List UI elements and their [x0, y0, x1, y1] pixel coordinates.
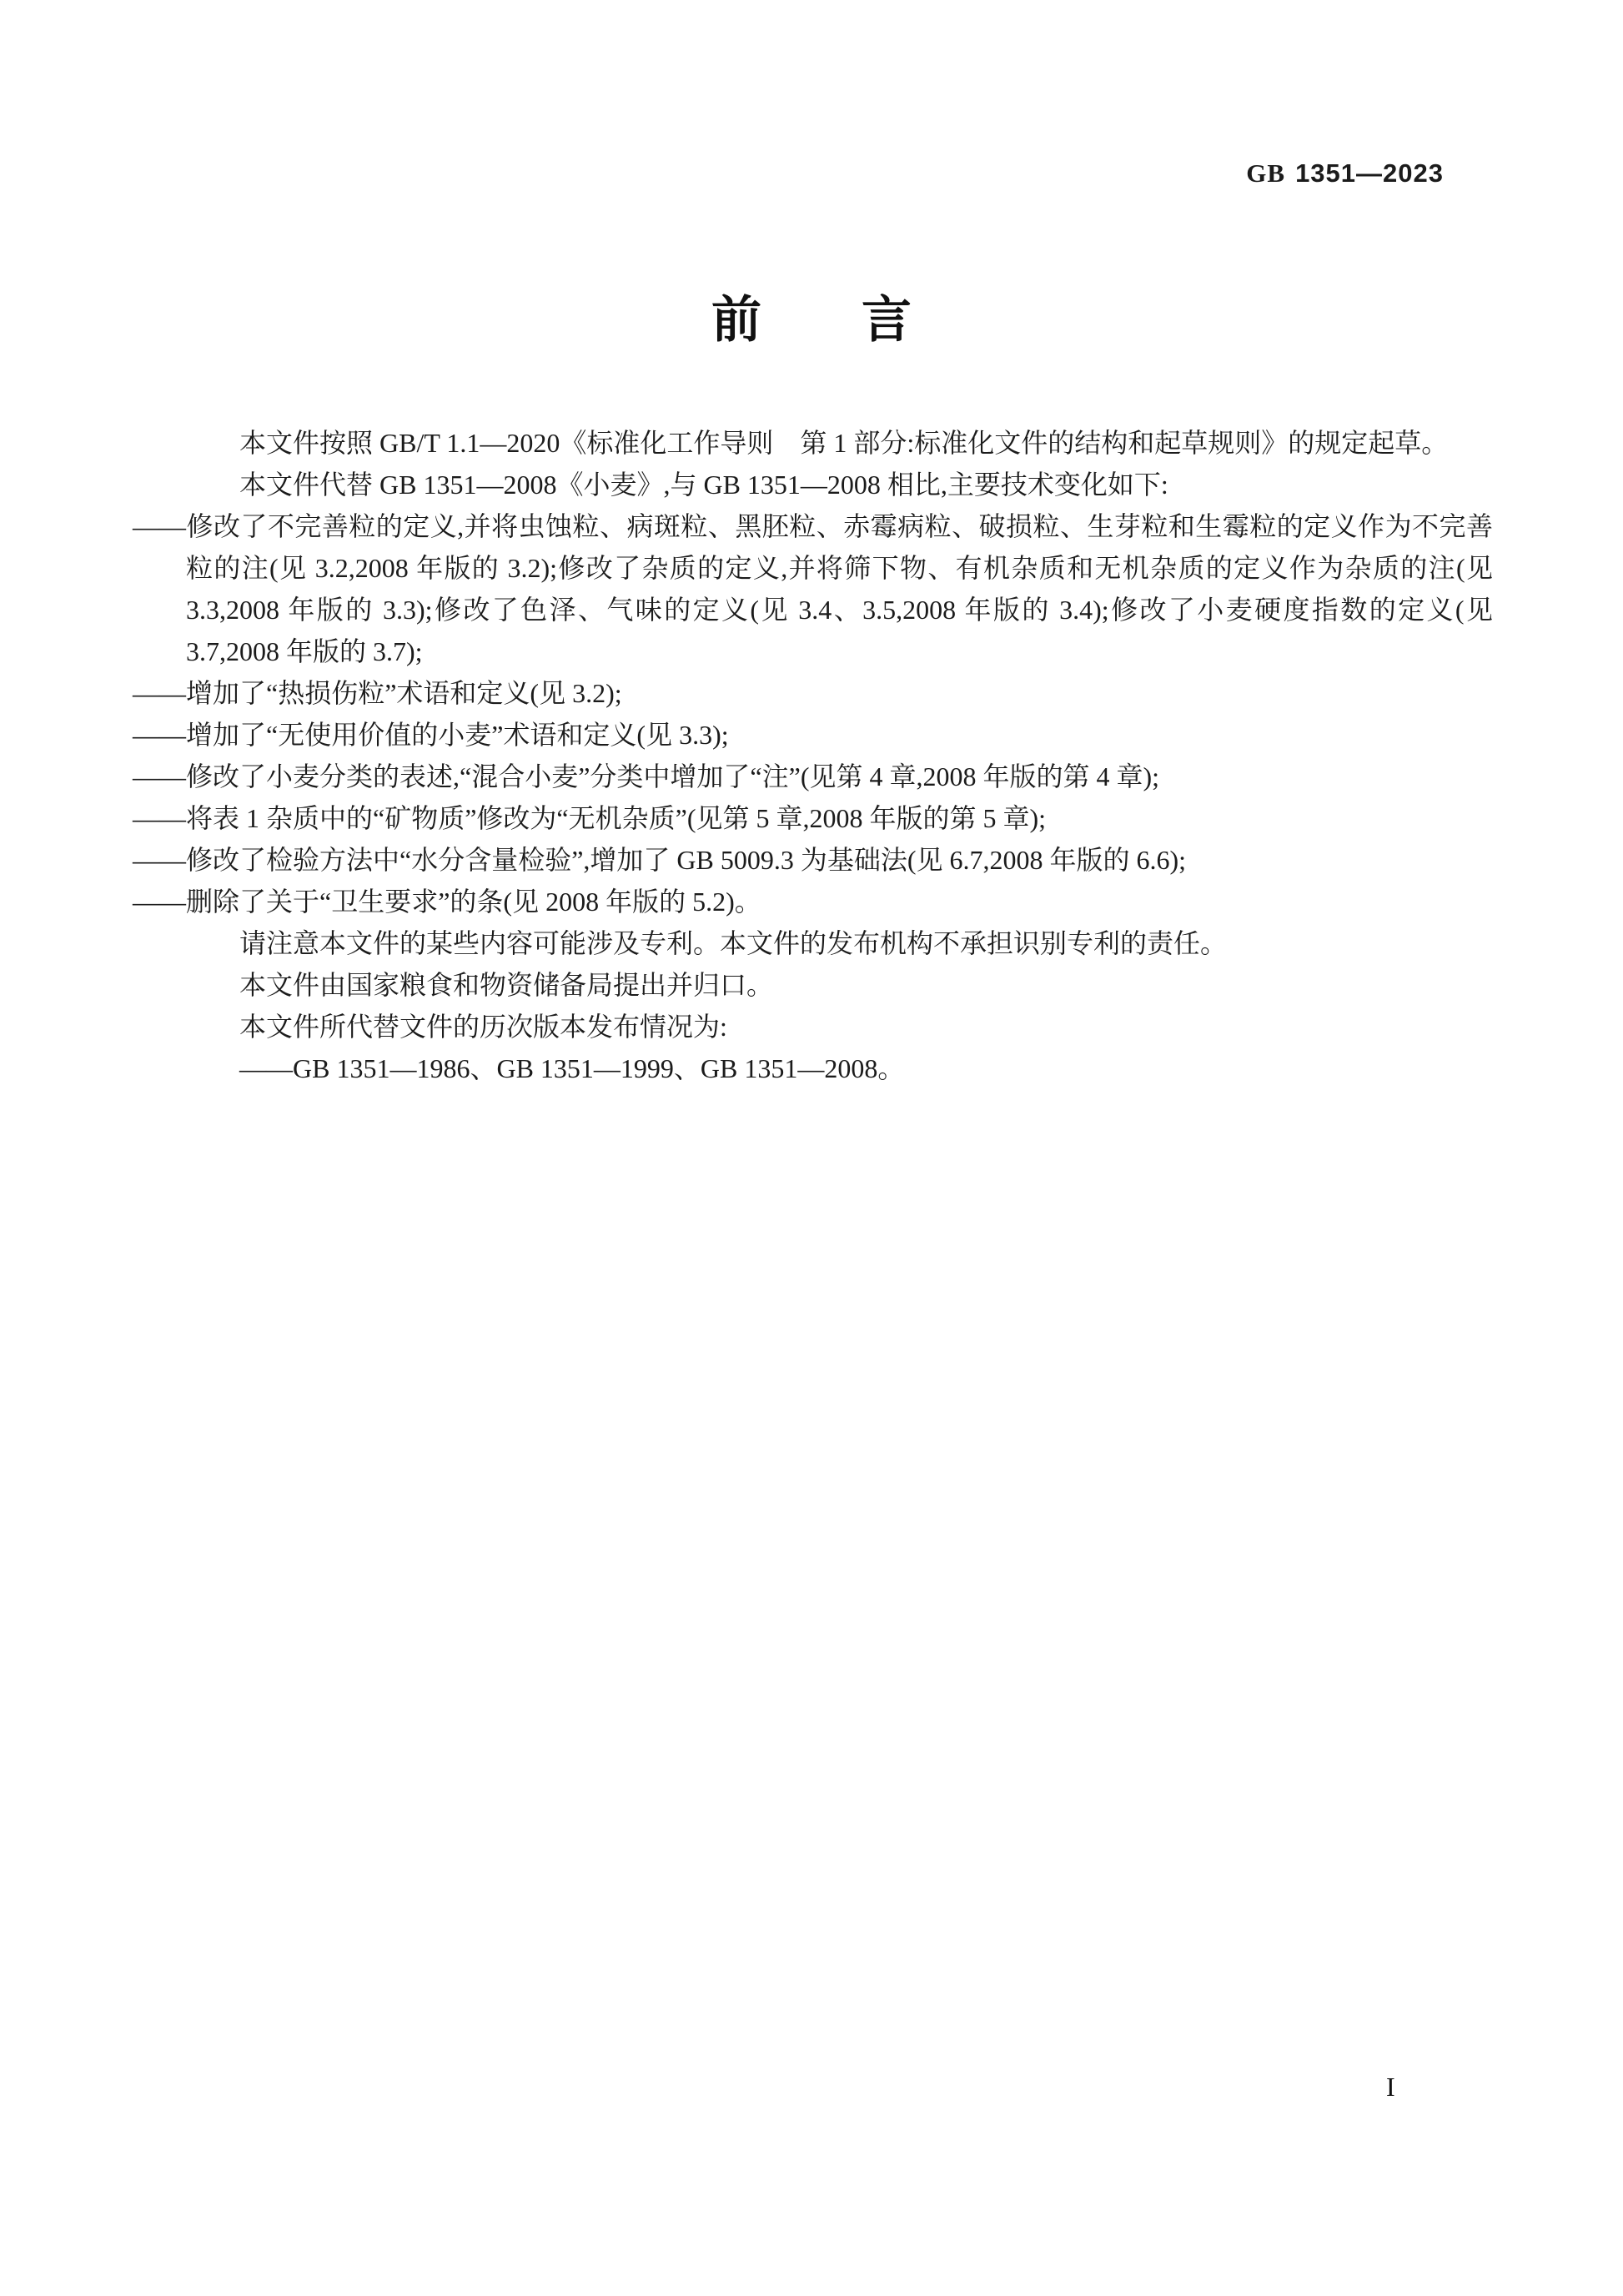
foreword-body: 本文件按照 GB/T 1.1—2020《标准化工作导则 第 1 部分:标准化文件…	[186, 422, 1493, 1089]
paragraph-history-intro: 本文件所代替文件的历次版本发布情况为:	[186, 1006, 1493, 1048]
change-item: ——将表 1 杂质中的“矿物质”修改为“无机杂质”(见第 5 章,2008 年版…	[186, 797, 1493, 839]
change-item: ——修改了小麦分类的表述,“混合小麦”分类中增加了“注”(见第 4 章,2008…	[186, 756, 1493, 797]
paragraph-replacement-intro: 本文件代替 GB 1351—2008《小麦》,与 GB 1351—2008 相比…	[186, 464, 1493, 505]
paragraph-patent-notice: 请注意本文件的某些内容可能涉及专利。本文件的发布机构不承担识别专利的责任。	[186, 922, 1493, 964]
paragraph-issuing-body: 本文件由国家粮食和物资储备局提出并归口。	[186, 964, 1493, 1006]
page-title: 前 言	[0, 280, 1623, 352]
change-item: ——修改了检验方法中“水分含量检验”,增加了 GB 5009.3 为基础法(见 …	[186, 839, 1493, 881]
standard-code-number: 1351—2023	[1295, 158, 1444, 188]
standard-code-prefix: GB	[1246, 158, 1285, 188]
change-item: ——增加了“无使用价值的小麦”术语和定义(见 3.3);	[186, 714, 1493, 756]
paragraph-history-versions: ——GB 1351—1986、GB 1351—1999、GB 1351—2008…	[186, 1048, 1493, 1089]
change-item: ——删除了关于“卫生要求”的条(见 2008 年版的 5.2)。	[186, 881, 1493, 922]
standard-code: GB1351—2023	[1246, 158, 1444, 188]
change-item: ——修改了不完善粒的定义,并将虫蚀粒、病斑粒、黑胚粒、赤霉病粒、破损粒、生芽粒和…	[186, 505, 1493, 672]
change-item: ——增加了“热损伤粒”术语和定义(见 3.2);	[186, 672, 1493, 714]
page-number: I	[1386, 2072, 1395, 2103]
paragraph-drafting-basis: 本文件按照 GB/T 1.1—2020《标准化工作导则 第 1 部分:标准化文件…	[186, 422, 1493, 464]
standard-document-page: GB1351—2023 前 言 本文件按照 GB/T 1.1—2020《标准化工…	[0, 0, 1623, 2296]
